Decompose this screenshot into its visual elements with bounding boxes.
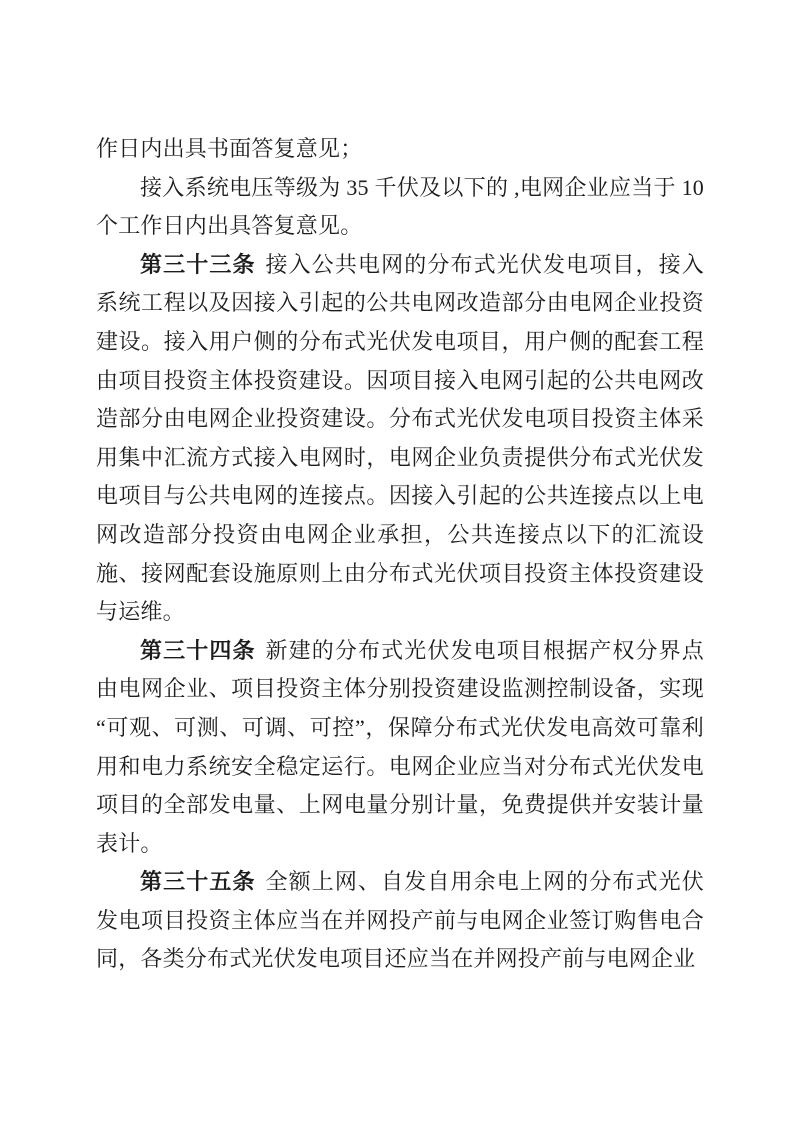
- paragraph-article-35: 第三十五条全额上网、自发自用余电上网的分布式光伏发电项目投资主体应当在并网投产前…: [96, 863, 704, 979]
- paragraph-text: 作日内出具书面答复意见；: [96, 136, 362, 161]
- paragraph-continuation: 作日内出具书面答复意见；: [96, 130, 704, 169]
- document-page: 作日内出具书面答复意见； 接入系统电压等级为 35 千伏及以下的 ,电网企业应当…: [0, 0, 793, 1122]
- article-number-label: 第三十四条: [140, 638, 256, 663]
- article-number-label: 第三十五条: [140, 869, 256, 894]
- document-body: 作日内出具书面答复意见； 接入系统电压等级为 35 千伏及以下的 ,电网企业应当…: [96, 130, 704, 979]
- paragraph-article-33: 第三十三条接入公共电网的分布式光伏发电项目，接入系统工程以及因接入引起的公共电网…: [96, 246, 704, 632]
- article-number-label: 第三十三条: [140, 252, 256, 277]
- paragraph-text: 接入公共电网的分布式光伏发电项目，接入系统工程以及因接入引起的公共电网改造部分由…: [96, 252, 704, 624]
- paragraph-article-34: 第三十四条新建的分布式光伏发电项目根据产权分界点由电网企业、项目投资主体分别投资…: [96, 632, 704, 864]
- paragraph-text: 接入系统电压等级为 35 千伏及以下的 ,电网企业应当于 10 个工作日内出具答…: [96, 175, 704, 239]
- paragraph: 接入系统电压等级为 35 千伏及以下的 ,电网企业应当于 10 个工作日内出具答…: [96, 169, 704, 246]
- paragraph-text: 新建的分布式光伏发电项目根据产权分界点由电网企业、项目投资主体分别投资建设监测控…: [96, 638, 704, 856]
